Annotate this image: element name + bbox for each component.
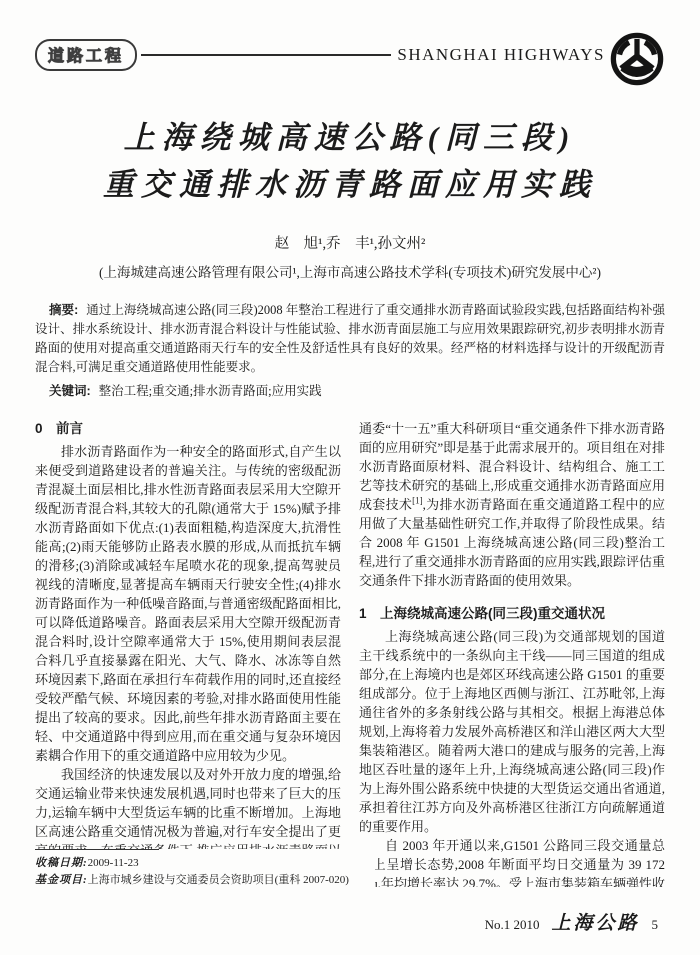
keywords-text: 整治工程;重交通;排水沥青路面;应用实践 bbox=[99, 384, 322, 398]
paragraph: 通委“十一五”重大科研项目“重交通条件下排水沥青路面的应用研究”即是基于此需求展… bbox=[359, 419, 665, 590]
fund-project-value: 上海市城乡建设与交通委员会资助项目(重科 2007-020) bbox=[88, 874, 349, 886]
article-title-line1: 上海绕城高速公路(同三段) bbox=[35, 114, 665, 161]
keywords-label: 关键词: bbox=[49, 384, 91, 398]
footnote-block: 收稿日期:2009-11-23 基金项目:上海市城乡建设与交通委员会资助项目(重… bbox=[35, 849, 375, 888]
masthead: 道路工程 SHANGHAI HIGHWAYS bbox=[35, 0, 665, 80]
paragraph: 上海绕城高速公路(同三段)为交通部规划的国道主干线系统中的一条纵向主干线——同三… bbox=[359, 627, 665, 836]
masthead-rule bbox=[141, 54, 391, 56]
abstract-text: 通过上海绕城高速公路(同三段)2008 年整治工程进行了重交通排水沥青路面试验段… bbox=[35, 303, 665, 374]
fund-project-note: 基金项目:上海市城乡建设与交通委员会资助项目(重科 2007-020) bbox=[35, 872, 375, 889]
journal-logo-icon bbox=[609, 31, 665, 87]
authors: 赵 旭¹,乔 丰¹,孙文州² bbox=[35, 232, 665, 253]
section-heading-0: 0 前言 bbox=[35, 419, 341, 438]
reference-marker: [1] bbox=[412, 496, 423, 506]
abstract-label: 摘要: bbox=[49, 303, 78, 317]
fund-project-label: 基金项目: bbox=[35, 874, 88, 886]
affiliation: (上海城建高速公路管理有限公司¹,上海市高速公路技术学科(专项技术)研究发展中心… bbox=[35, 261, 665, 281]
section-heading-1: 1 上海绕城高速公路(同三段)重交通状况 bbox=[359, 604, 665, 623]
issue-info: No.1 2010 bbox=[485, 917, 540, 933]
received-date-note: 收稿日期:2009-11-23 bbox=[35, 855, 375, 872]
journal-name-cn: 上海公路 bbox=[551, 908, 639, 935]
body-columns: 0 前言 排水沥青路面作为一种安全的路面形式,自产生以来便受到道路建设者的普遍关… bbox=[35, 419, 665, 887]
paragraph: 自 2003 年开通以来,G1501 公路同三段交通量总体上呈增长态势,2008… bbox=[359, 836, 665, 887]
left-column: 0 前言 排水沥青路面作为一种安全的路面形式,自产生以来便受到道路建设者的普遍关… bbox=[35, 419, 341, 887]
right-column: 通委“十一五”重大科研项目“重交通条件下排水沥青路面的应用研究”即是基于此需求展… bbox=[359, 419, 665, 887]
journal-name-en: SHANGHAI HIGHWAYS bbox=[397, 45, 605, 65]
article-title: 上海绕城高速公路(同三段) 重交通排水沥青路面应用实践 bbox=[35, 114, 665, 208]
page-footer: No.1 2010 上海公路 5 bbox=[485, 908, 658, 935]
article-title-line2: 重交通排水沥青路面应用实践 bbox=[35, 161, 665, 208]
keywords: 关键词:整治工程;重交通;排水沥青路面;应用实践 bbox=[35, 382, 665, 401]
footnote-rule bbox=[35, 849, 159, 850]
received-date-label: 收稿日期: bbox=[35, 857, 88, 869]
column-category-badge: 道路工程 bbox=[35, 39, 137, 71]
page-number: 5 bbox=[652, 917, 659, 933]
received-date-value: 2009-11-23 bbox=[88, 857, 139, 869]
journal-page: 道路工程 SHANGHAI HIGHWAYS 上海绕城高速公路(同三段) 重交通… bbox=[0, 0, 700, 955]
abstract: 摘要:通过上海绕城高速公路(同三段)2008 年整治工程进行了重交通排水沥青路面… bbox=[35, 301, 665, 377]
paragraph: 排水沥青路面作为一种安全的路面形式,自产生以来便受到道路建设者的普遍关注。与传统… bbox=[35, 442, 341, 765]
